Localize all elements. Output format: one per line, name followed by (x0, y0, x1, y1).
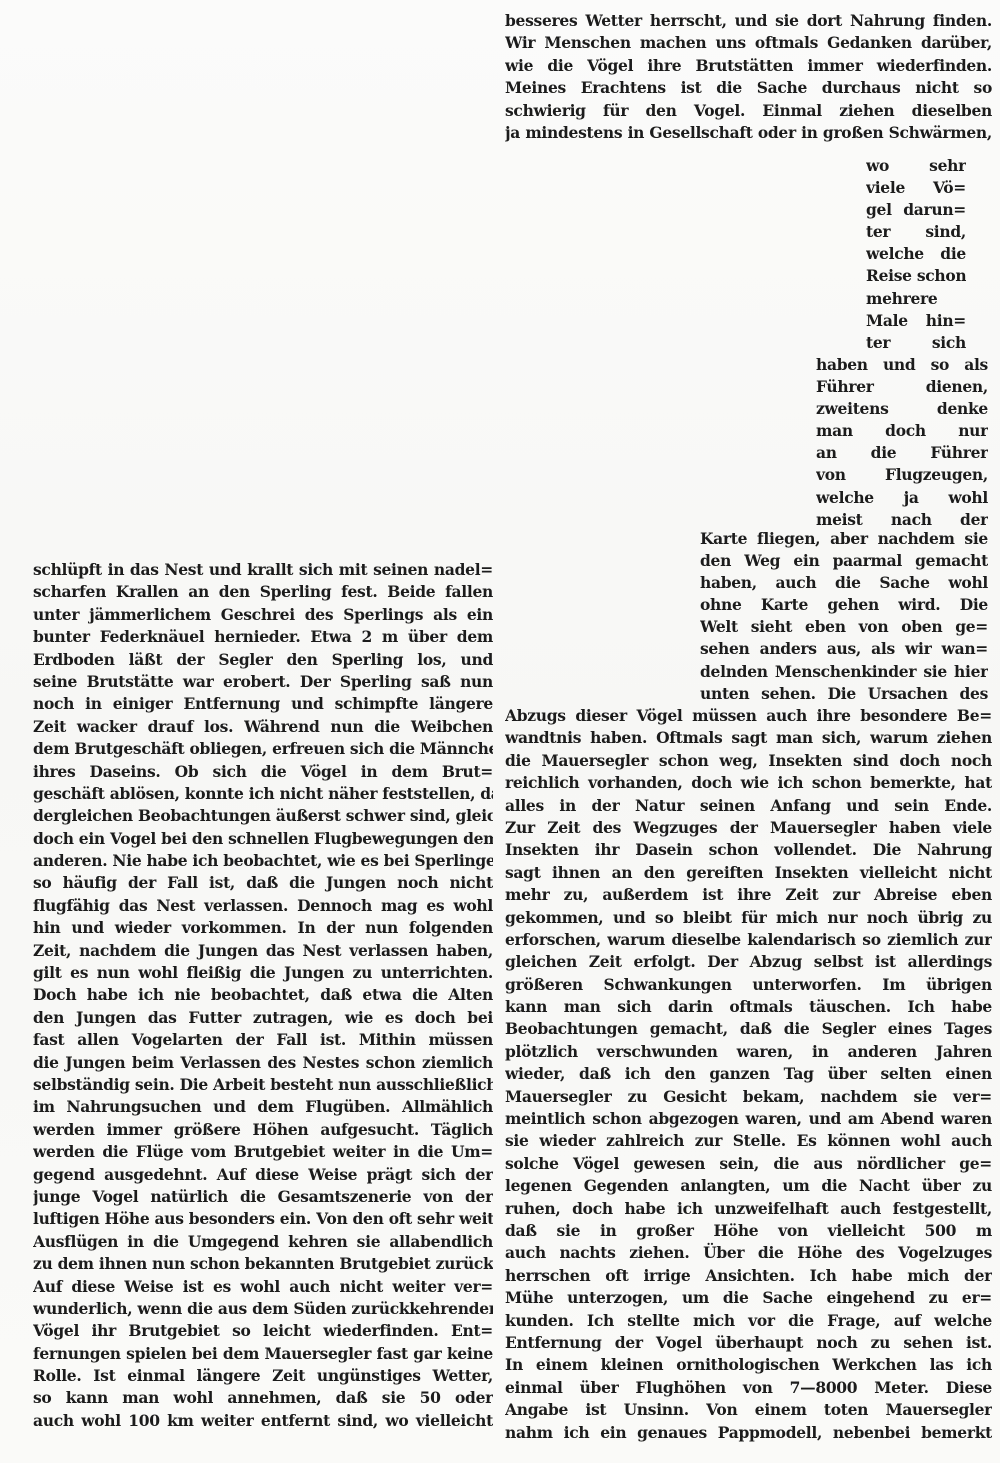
text-line: werden immer größere Höhen aufgesucht. T… (33, 1119, 493, 1141)
text-line: wieder, daß ich den ganzen Tag über selt… (505, 1063, 992, 1085)
text-line: Entfernung der Vogel überhaupt noch zu s… (505, 1332, 992, 1354)
right-column-wrap-medium-block: haben und so alsFührer dienen,zweitens d… (816, 354, 988, 531)
text-line: ihres Daseins. Ob sich die Vögel in dem … (33, 761, 493, 783)
text-line: die Jungen beim Verlassen des Nestes sch… (33, 1052, 493, 1074)
text-line: Wir Menschen machen uns oftmals Gedanken… (505, 32, 992, 54)
text-line: zweitens denke (816, 398, 988, 420)
text-line: Doch habe ich nie beobachtet, daß etwa d… (33, 984, 493, 1006)
text-line: dem Brutgeschäft obliegen, erfreuen sich… (33, 738, 493, 760)
text-line: gegend ausgedehnt. Auf diese Weise prägt… (33, 1164, 493, 1186)
text-line: Rolle. Ist einmal längere Zeit ungünstig… (33, 1365, 493, 1387)
text-line: junge Vogel natürlich die Gesamtszenerie… (33, 1186, 493, 1208)
text-line: so häufig der Fall ist, daß die Jungen n… (33, 872, 493, 894)
text-line: wie die Vögel ihre Brutstätten immer wie… (505, 55, 992, 77)
text-line: gilt es nun wohl fleißig die Jungen zu u… (33, 962, 493, 984)
text-line: von Flugzeugen, (816, 464, 988, 486)
text-line: schwierig für den Vogel. Einmal ziehen d… (505, 100, 992, 122)
blank-image-cutout-area (0, 0, 500, 555)
text-line: gleichen Zeit erfolgt. Der Abzug selbst … (505, 951, 992, 973)
text-line: Zur Zeit des Wegzuges der Mauersegler ha… (505, 817, 992, 839)
text-line: unten sehen. Die Ursachen des (700, 683, 988, 705)
text-line: gel darun= (866, 199, 966, 221)
text-line: Karte fliegen, aber nachdem sie (700, 528, 988, 550)
text-line: luftigen Höhe aus besonders ein. Von den… (33, 1208, 493, 1230)
text-line: die Mauersegler schon weg, Insekten sind… (505, 750, 992, 772)
text-line: sagt ihnen an den gereiften Insekten vie… (505, 862, 992, 884)
text-line: noch in einiger Entfernung und schimpfte… (33, 693, 493, 715)
text-line: Führer dienen, (816, 376, 988, 398)
text-line: unter jämmerlichem Geschrei des Sperling… (33, 604, 493, 626)
text-line: man doch nur (816, 420, 988, 442)
text-line: geschäft ablösen, konnte ich nicht näher… (33, 783, 493, 805)
text-line: welche die (866, 243, 966, 265)
text-line: Zeit wacker drauf los. Während nun die W… (33, 716, 493, 738)
left-text-column: schlüpft in das Nest und krallt sich mit… (33, 559, 493, 1432)
text-line: selbständig sein. Die Arbeit besteht nun… (33, 1074, 493, 1096)
right-column-body-block: Abzugs dieser Vögel müssen auch ihre bes… (505, 705, 992, 1444)
text-line: seine Brutstätte war erobert. Der Sperli… (33, 671, 493, 693)
text-line: im Nahrungsuchen und dem Flugüben. Allmä… (33, 1096, 493, 1118)
text-line: ter sich (866, 332, 966, 354)
text-line: sehen anders aus, als wir wan= (700, 638, 988, 660)
text-line: zu dem ihnen nun schon bekannten Brutgeb… (33, 1253, 493, 1275)
text-line: wandtnis haben. Oftmals sagt man sich, w… (505, 727, 992, 749)
text-line: alles in der Natur seinen Anfang und sei… (505, 795, 992, 817)
text-line: kann man sich darin oftmals täuschen. Ic… (505, 996, 992, 1018)
text-line: wo sehr (866, 155, 966, 177)
text-line: Auf diese Weise ist es wohl auch nicht w… (33, 1276, 493, 1298)
text-line: Abzugs dieser Vögel müssen auch ihre bes… (505, 705, 992, 727)
text-line: einmal über Flughöhen von 7—8000 Meter. … (505, 1377, 992, 1399)
text-line: haben und so als (816, 354, 988, 376)
text-line: kunden. Ich stellte mich vor die Frage, … (505, 1310, 992, 1332)
text-line: Beobachtungen gemacht, daß die Segler ei… (505, 1018, 992, 1040)
text-line: anderen. Nie habe ich beobachtet, wie es… (33, 850, 493, 872)
text-line: auch nachts ziehen. Über die Höhe des Vo… (505, 1242, 992, 1264)
text-line: Ausflügen in die Umgegend kehren sie all… (33, 1231, 493, 1253)
text-line: ter sind, (866, 221, 966, 243)
text-line: mehrere (866, 288, 966, 310)
text-line: plötzlich verschwunden waren, in anderen… (505, 1041, 992, 1063)
text-line: den Weg ein paarmal gemacht (700, 550, 988, 572)
right-column-wrap-wide-block: Karte fliegen, aber nachdem sieden Weg e… (700, 528, 988, 705)
text-line: Angabe ist Unsinn. Von einem toten Mauer… (505, 1399, 992, 1421)
text-line: flugfähig das Nest verlassen. Dennoch ma… (33, 895, 493, 917)
text-line: Zeit, nachdem die Jungen das Nest verlas… (33, 940, 493, 962)
text-line: Vögel ihr Brutgebiet so leicht wiederfin… (33, 1320, 493, 1342)
text-line: Erdboden läßt der Segler den Sperling lo… (33, 649, 493, 671)
text-line: Mühe unterzogen, um die Sache eingehend … (505, 1287, 992, 1309)
text-line: In einem kleinen ornithologischen Werkch… (505, 1354, 992, 1376)
text-line: Mauersegler zu Gesicht bekam, nachdem si… (505, 1086, 992, 1108)
text-line: welche ja wohl (816, 487, 988, 509)
text-line: daß sie in großer Höhe von vielleicht 50… (505, 1220, 992, 1242)
text-line: legenen Gegenden anlangten, um die Nacht… (505, 1175, 992, 1197)
text-line: auch wohl 100 km weiter entfernt sind, w… (33, 1410, 493, 1432)
text-line: solche Vögel gewesen sein, die aus nördl… (505, 1153, 992, 1175)
text-line: erforschen, warum dieselbe kalendarisch … (505, 929, 992, 951)
text-line: bunter Federknäuel hernieder. Etwa 2 m ü… (33, 626, 493, 648)
text-line: herrschen oft irrige Ansichten. Ich habe… (505, 1265, 992, 1287)
text-line: Meines Erachtens ist die Sache durchaus … (505, 77, 992, 99)
text-line: gekommen, und so bleibt für mich nur noc… (505, 907, 992, 929)
text-line: mehr zu, außerdem ist ihre Zeit zur Abre… (505, 884, 992, 906)
text-line: Male hin= (866, 310, 966, 332)
text-line: dergleichen Beobachtungen äußerst schwer… (33, 805, 493, 827)
text-line: Insekten ihr Dasein schon vollendet. Die… (505, 839, 992, 861)
text-line: meintlich schon abgezogen waren, und am … (505, 1108, 992, 1130)
text-line: viele Vö= (866, 177, 966, 199)
text-line: Reise schon (866, 265, 966, 287)
right-column-intro-block: besseres Wetter herrscht, und sie dort N… (505, 10, 992, 144)
text-line: ohne Karte gehen wird. Die (700, 594, 988, 616)
text-line: besseres Wetter herrscht, und sie dort N… (505, 10, 992, 32)
text-line: werden die Flüge vom Brutgebiet weiter i… (33, 1141, 493, 1163)
text-line: fernungen spielen bei dem Mauersegler fa… (33, 1343, 493, 1365)
text-line: ruhen, doch habe ich unzweifelhaft auch … (505, 1198, 992, 1220)
text-line: den Jungen das Futter zutragen, wie es d… (33, 1007, 493, 1029)
text-line: Welt sieht eben von oben ge= (700, 616, 988, 638)
scanned-book-page: schlüpft in das Nest und krallt sich mit… (0, 0, 1000, 1463)
text-line: delnden Menschenkinder sie hier (700, 661, 988, 683)
text-line: doch ein Vogel bei den schnellen Flugbew… (33, 828, 493, 850)
text-line: ja mindestens in Gesellschaft oder in gr… (505, 122, 992, 144)
text-line: fast allen Vogelarten der Fall ist. Mith… (33, 1029, 493, 1051)
text-line: schlüpft in das Nest und krallt sich mit… (33, 559, 493, 581)
text-line: haben, auch die Sache wohl (700, 572, 988, 594)
right-column-wrap-narrow-block: wo sehrviele Vö=gel darun=ter sind,welch… (866, 155, 966, 354)
text-line: so kann man wohl annehmen, daß sie 50 od… (33, 1387, 493, 1409)
text-line: an die Führer (816, 442, 988, 464)
text-line: größeren Schwankungen unterworfen. Im üb… (505, 974, 992, 996)
text-line: sie wieder zahlreich zur Stelle. Es könn… (505, 1130, 992, 1152)
text-line: reichlich vorhanden, doch wie ich schon … (505, 772, 992, 794)
text-line: wunderlich, wenn die aus dem Süden zurüc… (33, 1298, 493, 1320)
text-line: scharfen Krallen an den Sperling fest. B… (33, 581, 493, 603)
text-line: nahm ich ein genaues Pappmodell, nebenbe… (505, 1422, 992, 1444)
text-line: hin und wieder vorkommen. In der nun fol… (33, 917, 493, 939)
